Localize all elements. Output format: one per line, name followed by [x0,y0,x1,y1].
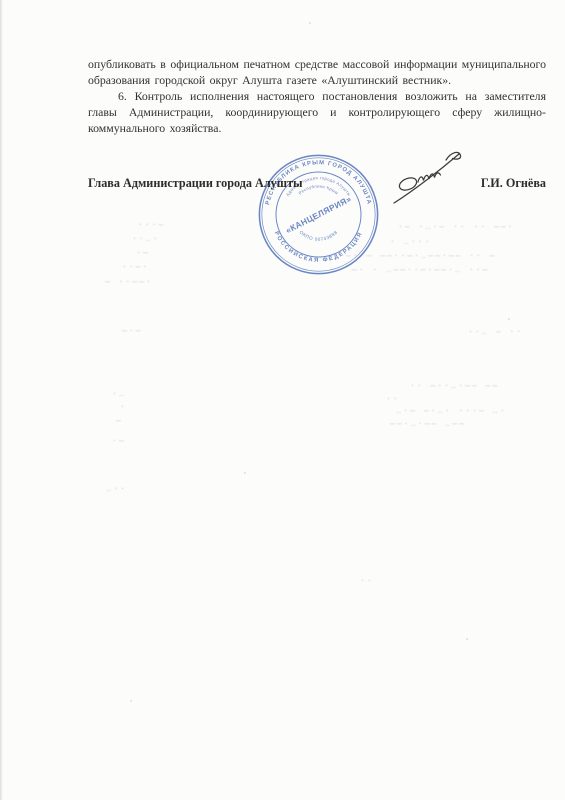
bleed-through-line: ···– [138,220,165,229]
paragraph-publication: опубликовать в официальном печатном сред… [88,56,546,88]
scan-edge-shadow [0,0,3,800]
bleed-through-line: – ··––· [105,277,153,286]
bleed-through-line: ·· [386,394,400,403]
paper-speck [508,318,510,320]
bleed-through-line: ––·‥·–– ‥–– [390,419,466,428]
bleed-through-line: ··‥· [132,234,160,243]
bleed-through-line: ·– ·‥·– ·· ·· ––· [398,222,514,231]
bleed-through-line: –·– [122,326,142,335]
signature-hook [446,152,461,160]
paper-speck [309,22,311,24]
bleed-through-line: · [120,402,127,411]
bleed-through-line: ·· [360,576,374,585]
paper-speck [244,472,246,474]
signer-name: Г.И. Огнёва [481,176,546,191]
bleed-through-line: ·· –··‥·–– –– [410,381,499,390]
signature-flourish-stroke [394,154,459,203]
signature-oval [398,176,419,193]
stamp-text-chancellery: «КАНЦЕЛЯРИЯ» [284,194,353,236]
signature-humps [418,173,441,182]
bleed-through-line: –· · ‥––··–·––·‥ ··– [352,265,489,274]
handwritten-signature [391,145,479,207]
paper-speck [466,638,468,640]
document-body: опубликовать в официальном печатном сред… [88,56,546,136]
stamp-text-republic-crimea: Республики Крым [298,184,340,196]
paragraph-clause-6: 6. Контроль исполнения настоящего постан… [88,88,546,136]
bleed-through-line: – [116,416,123,425]
bleed-through-line: –· – ––··–·‥––·–– ·· – [346,251,496,260]
paper-speck [130,700,132,702]
stamp-text-republic: РЕСПУБЛИКА КРЫМ ГОРОД АЛУШТА [265,160,372,206]
bleed-through-line: ‥·· [106,484,127,493]
stamp-text-okpo: ОКПО 00743888 [298,230,338,242]
scanned-document-page: опубликовать в официальном печатном сред… [0,0,565,800]
bleed-through-line: ·– [112,436,126,445]
bleed-through-line: · ‥··· [390,237,431,246]
bleed-through-line: ‥·– –·‥· ···– ‥· [396,406,507,415]
bleed-through-line: ·– [136,248,150,257]
bleed-through-line: ··–· [122,262,149,271]
bleed-through-line: ·‥ [112,389,126,398]
bleed-through-line: ··‥ – ·· [468,327,523,336]
